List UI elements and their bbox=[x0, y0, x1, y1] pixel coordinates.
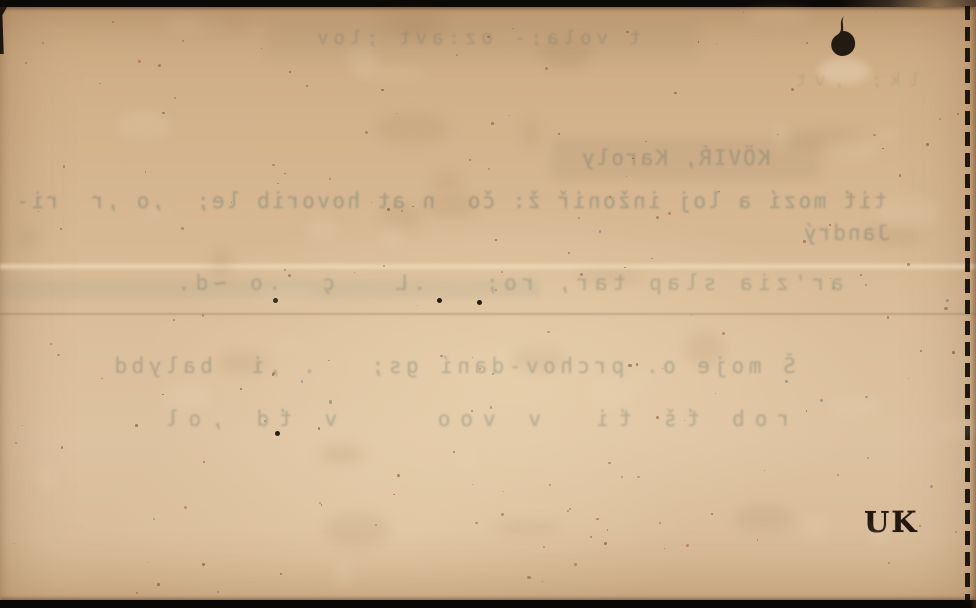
uk-marking: UK bbox=[864, 505, 919, 539]
photo-of-card: t vola;- oz:avt ;lovlk; ,vtKÖVIŔ, Karoly… bbox=[0, 0, 976, 608]
punch-dot bbox=[477, 300, 482, 305]
punch-dot bbox=[437, 298, 442, 303]
ink-blob bbox=[826, 14, 856, 66]
punch-dot bbox=[275, 431, 280, 436]
punch-dot bbox=[273, 298, 278, 303]
aged-card-paper bbox=[0, 0, 976, 608]
